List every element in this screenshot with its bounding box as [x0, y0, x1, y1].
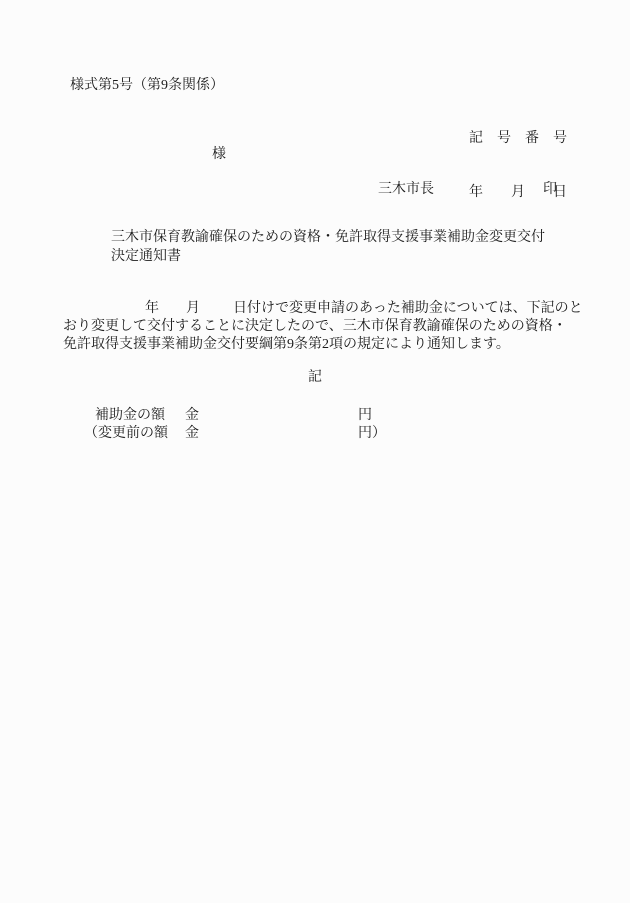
- header-ref-block: 記 号 番 号 年 月 日: [469, 94, 567, 238]
- amount-previous-currency-prefix: 金: [185, 425, 199, 443]
- body-date-year-label: 年: [145, 300, 159, 318]
- body-paragraph-line2: おり変更して交付することに決定したので、三木市保育教諭確保のための資格・: [63, 318, 567, 336]
- body-line1-text: 日付けで変更申請のあった補助金については、下記のと: [233, 300, 583, 318]
- record-heading: 記: [0, 369, 630, 387]
- form-number: 様式第5号（第9条関係）: [70, 77, 224, 95]
- amount-current-currency-prefix: 金: [185, 407, 199, 425]
- amount-current-label: 補助金の額: [95, 407, 165, 425]
- sender-name: 三木市長: [378, 181, 434, 199]
- document-title-line2: 決定通知書: [111, 248, 181, 266]
- amount-previous-label: （変更前の額: [84, 425, 168, 443]
- sender-seal: 印: [543, 181, 557, 199]
- document-title-line1: 三木市保育教諭確保のための資格・免許取得支援事業補助金変更交付: [111, 229, 545, 247]
- amount-current-unit: 円: [358, 407, 372, 425]
- document-page: 様式第5号（第9条関係） 記 号 番 号 年 月 日 様 三木市長 印 三木市保…: [0, 0, 630, 903]
- ref-number-line: 記 号 番 号: [469, 130, 567, 148]
- amount-previous-unit: 円）: [358, 425, 386, 443]
- body-paragraph-line3: 免許取得支援事業補助金交付要綱第9条第2項の規定により通知します。: [63, 336, 510, 354]
- body-date-month-label: 月: [186, 300, 200, 318]
- addressee-honorific: 様: [212, 146, 226, 164]
